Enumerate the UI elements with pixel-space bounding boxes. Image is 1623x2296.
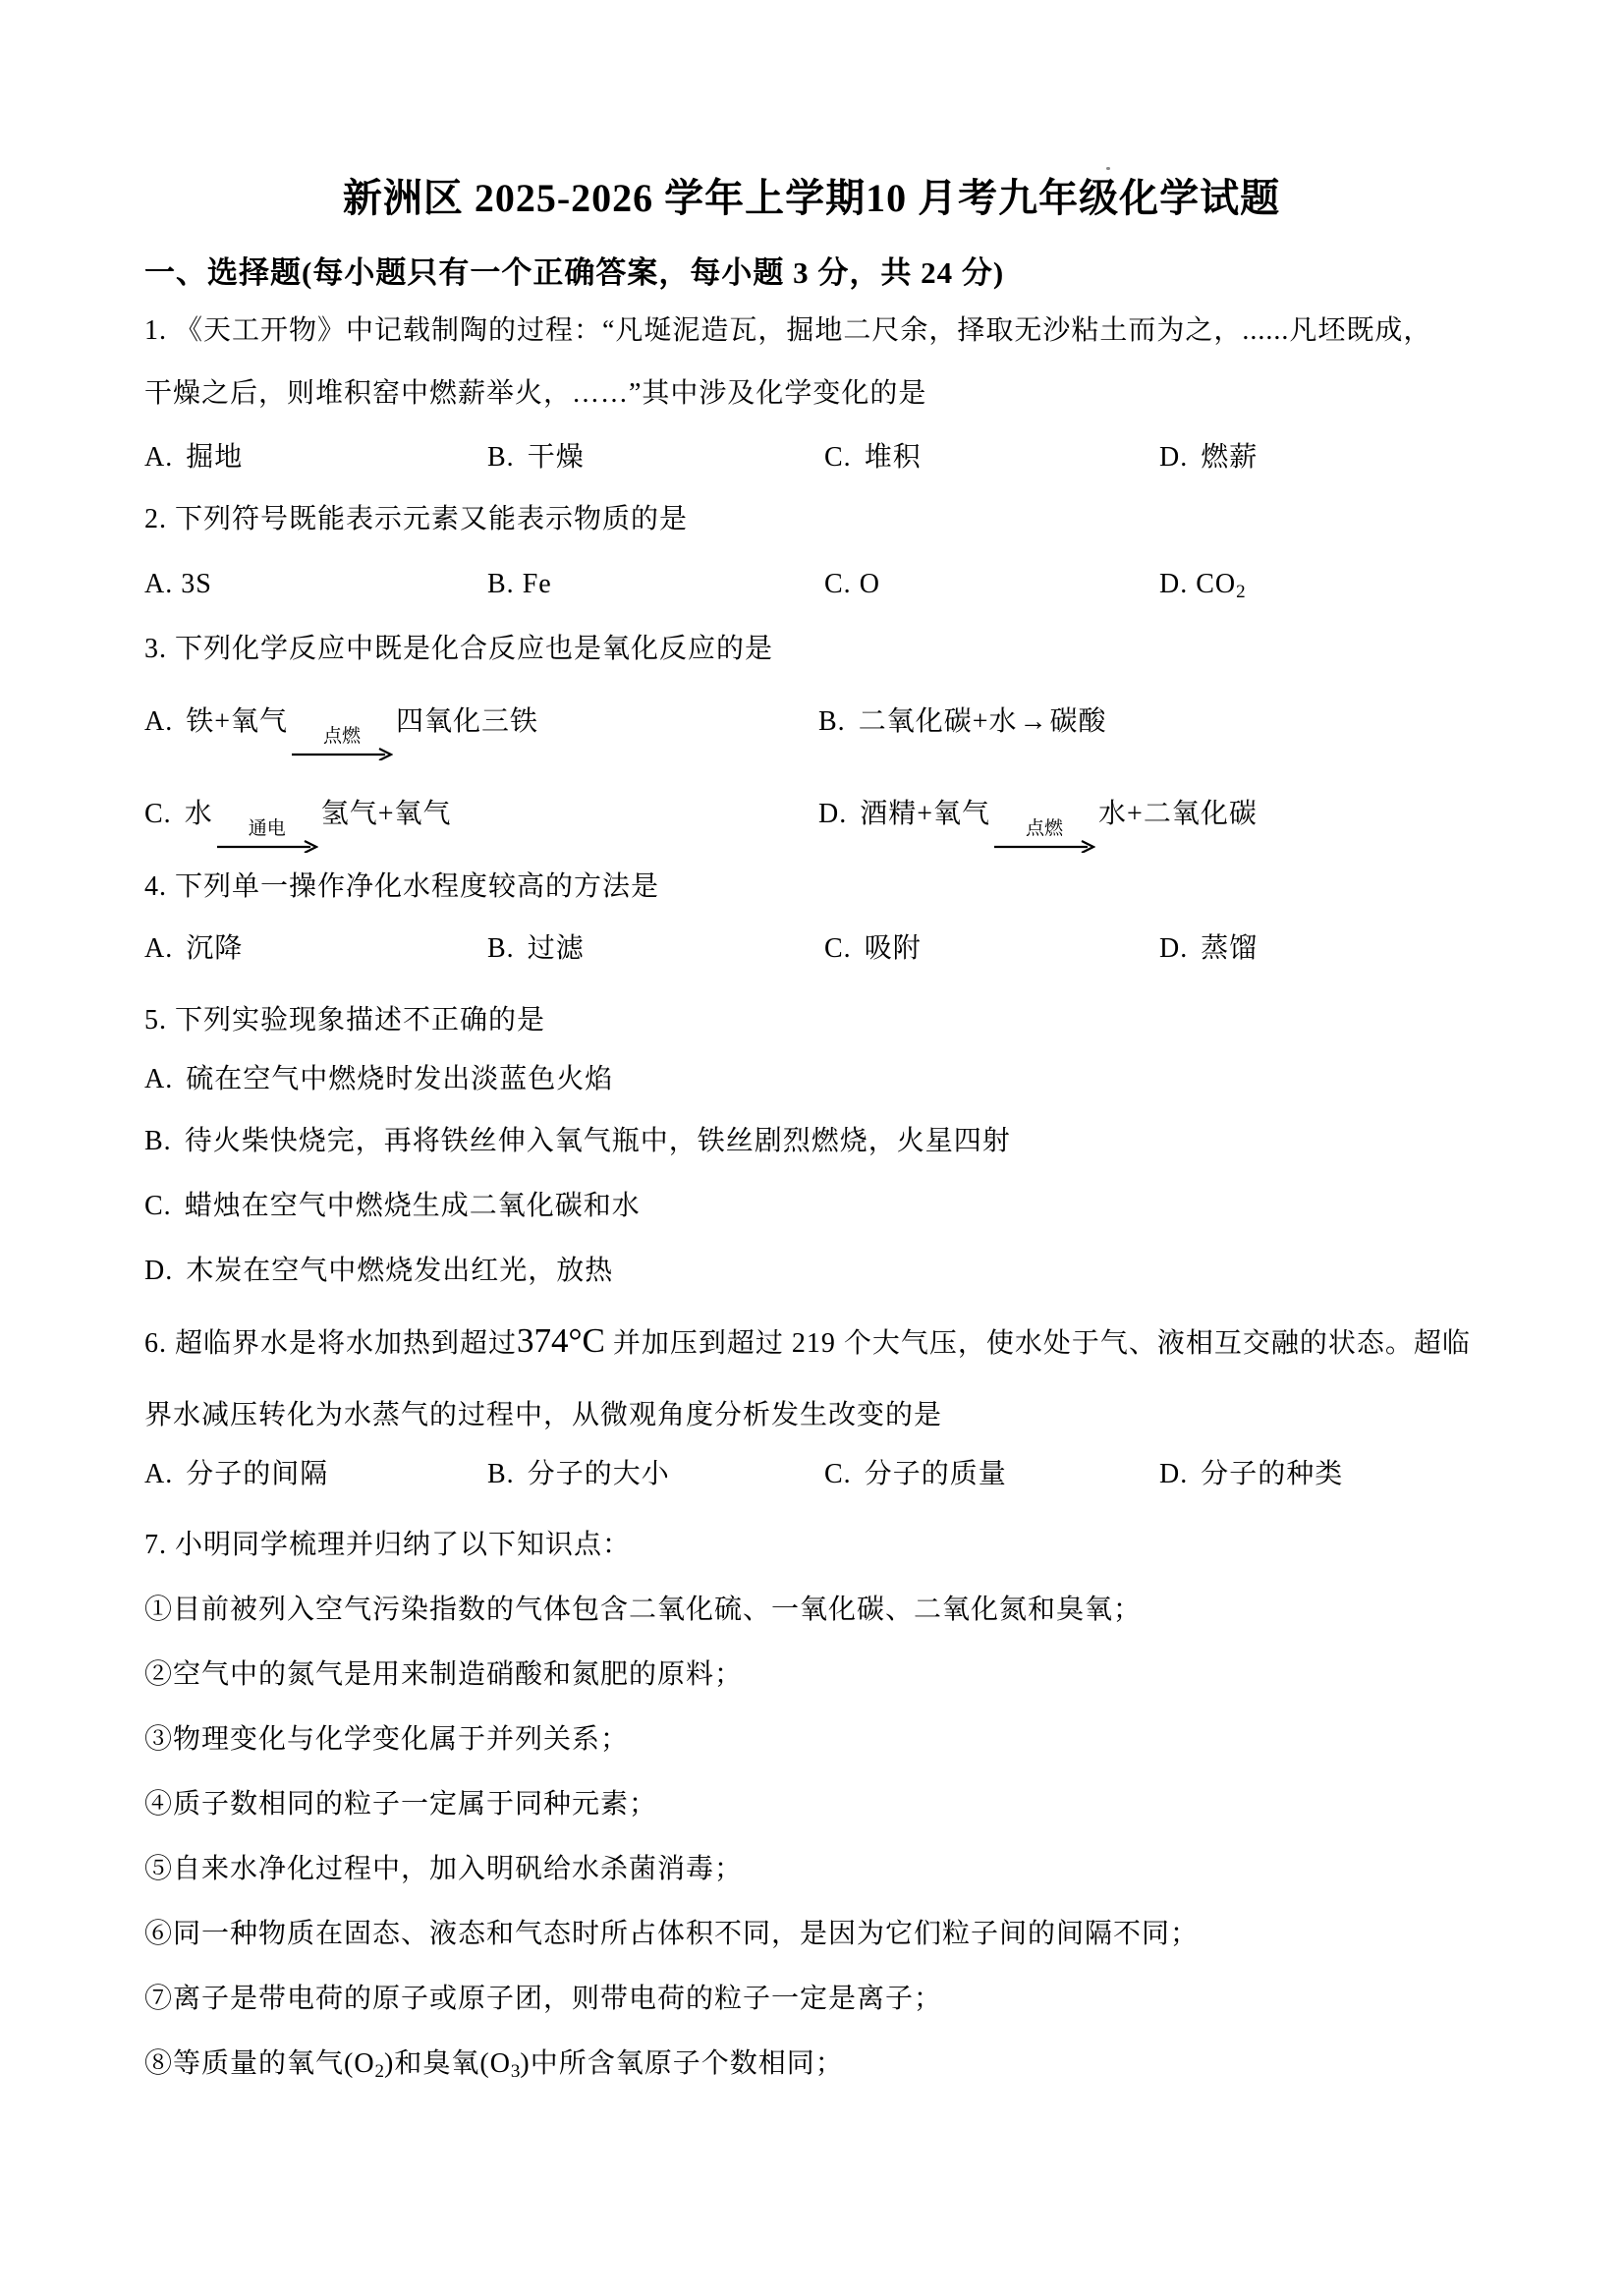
q3-stem: 3. 下列化学反应中既是化合反应也是氧化反应的是 [144, 633, 773, 666]
q1-stem-line-2: 干燥之后，则堆积窑中燃薪举火，……”其中涉及化学变化的是 [144, 377, 926, 411]
q7-item-5: ⑤自来水净化过程中，加入明矾给水杀菌消毒； [144, 1853, 743, 1886]
option-text: 蜡烛在空气中燃烧生成二氧化碳和水 [185, 1191, 641, 1221]
q7-item-3: ③物理变化与化学变化属于并列关系； [144, 1723, 629, 1757]
q2-option-b: B.Fe [487, 568, 552, 601]
reaction-arrow-ignition: 点燃 [993, 819, 1095, 853]
products-text: 碳酸 [1049, 706, 1106, 737]
q4-option-a: A.沉降 [144, 932, 243, 966]
q2-stem: 2. 下列符号既能表示元素又能表示物质的是 [144, 503, 688, 536]
option-text: 分子的种类 [1201, 1459, 1343, 1489]
reactants-text: 水 [185, 799, 213, 829]
option-label: C. [824, 569, 852, 599]
q6-stem-line-2: 界水减压转化为水蒸气的过程中，从微观角度分析发生改变的是 [144, 1399, 942, 1432]
option-text: 堆积 [865, 442, 922, 473]
q7-item-6: ⑥同一种物质在固态、液态和气态时所占体积不同，是因为它们粒子间的间隔不同； [144, 1918, 1199, 1951]
option-label: B. [487, 933, 515, 964]
q5-option-b: B.待火柴快烧完，再将铁丝伸入氧气瓶中，铁丝剧烈燃烧，火星四射 [144, 1125, 1011, 1158]
q5-option-c: C.蜡烛在空气中燃烧生成二氧化碳和水 [144, 1190, 641, 1223]
q1-stem-line-1: 1. 《天工开物》中记载制陶的过程：“凡埏泥造瓦，掘地二尺余，择取无沙粘土而为之… [144, 314, 1431, 348]
option-label: A. [144, 1064, 173, 1094]
reaction-condition: 通电 [249, 819, 286, 839]
option-label: C. [144, 799, 172, 829]
option-text: 吸附 [865, 933, 922, 964]
option-text: 过滤 [528, 933, 585, 964]
q7-item-4: ④质子数相同的粒子一定属于同种元素； [144, 1788, 657, 1821]
q1-option-b: B.干燥 [487, 441, 585, 475]
option-label: A. [144, 1459, 173, 1489]
q2-option-d: D.CO2 [1159, 568, 1246, 609]
option-text: Fe [523, 569, 552, 599]
q3-option-d: D.酒精+氧气点燃水+二氧化碳 [818, 798, 1258, 853]
reactants-text: 酒精+氧气 [860, 799, 990, 829]
q6-option-d: D.分子的种类 [1159, 1458, 1343, 1491]
option-label: A. [144, 442, 173, 473]
reactants-text: 铁+氧气 [186, 706, 288, 737]
q7-item-1: ①目前被列入空气污染指数的气体包含二氧化硫、一氧化碳、二氧化氮和臭氧； [144, 1594, 1142, 1627]
option-label: B. [487, 442, 515, 473]
option-label: C. [824, 442, 852, 473]
q1-option-a: A.掘地 [144, 441, 243, 475]
q3-option-b: B.二氧化碳+水→碳酸 [818, 705, 1107, 739]
reaction-condition: 点燃 [323, 727, 361, 747]
q6-stem-line-1: 6. 超临界水是将水加热到超过374°C 并加压到超过 219 个大气压，使水处… [144, 1324, 1471, 1361]
right-arrow-icon [291, 747, 393, 760]
option-text: 燃薪 [1201, 442, 1258, 473]
option-label: A. [144, 706, 173, 737]
option-label: D. [818, 799, 847, 829]
q5-option-a: A.硫在空气中燃烧时发出淡蓝色火焰 [144, 1063, 613, 1096]
products-text: 四氧化三铁 [396, 706, 538, 737]
option-label: D. [1159, 933, 1188, 964]
q3-option-c: C.水通电氢气+氧气 [144, 798, 452, 853]
reaction-arrow-ignition: 点燃 [291, 727, 393, 760]
option-text: O [860, 569, 880, 599]
right-arrow-icon [993, 839, 1095, 853]
q6-option-a: A.分子的间隔 [144, 1458, 328, 1491]
option-label: D. [144, 1256, 173, 1286]
option-text: 3S [181, 569, 212, 599]
q4-option-b: B.过滤 [487, 932, 585, 966]
products-text: 水+二氧化碳 [1098, 799, 1258, 829]
q4-stem: 4. 下列单一操作净化水程度较高的方法是 [144, 870, 659, 904]
option-label: D. [1159, 569, 1188, 599]
q3-option-a: A.铁+氧气点燃四氧化三铁 [144, 705, 538, 760]
q7-stem: 7. 小明同学梳理并归纳了以下知识点： [144, 1529, 631, 1562]
section-heading: 一、选择题(每小题只有一个正确答案，每小题 3 分，共 24 分) [144, 254, 1004, 292]
option-label: D. [1159, 1459, 1188, 1489]
q1-option-c: C.堆积 [824, 441, 922, 475]
q7-item-2: ②空气中的氮气是用来制造硝酸和氮肥的原料； [144, 1658, 743, 1692]
reaction-condition: 点燃 [1026, 819, 1063, 839]
q1-option-d: D.燃薪 [1159, 441, 1258, 475]
option-text: 木炭在空气中燃烧发出红光，放热 [186, 1256, 613, 1286]
exam-paper-page: 新洲区 2025-2026 学年上学期10 月考九年级化学试题 一、选择题(每小… [0, 0, 1623, 2296]
q2-option-a: A.3S [144, 568, 212, 601]
right-arrow-icon [216, 839, 318, 853]
scan-speck-artifact [1106, 167, 1110, 170]
option-label: C. [824, 933, 852, 964]
option-text: 蒸馏 [1201, 933, 1258, 964]
q2-option-c: C.O [824, 568, 880, 601]
products-text: 氢气+氧气 [321, 799, 452, 829]
reactants-text: 二氧化碳+水 [859, 706, 1018, 737]
option-text: 分子的间隔 [186, 1459, 328, 1489]
option-label: B. [818, 706, 846, 737]
option-text: 掘地 [186, 442, 243, 473]
option-label: B. [487, 1459, 515, 1489]
option-text: 分子的质量 [865, 1459, 1007, 1489]
reaction-arrow-electrolysis: 通电 [216, 819, 318, 853]
q4-option-c: C.吸附 [824, 932, 922, 966]
option-text: 待火柴快烧完，再将铁丝伸入氧气瓶中，铁丝剧烈燃烧，火星四射 [185, 1126, 1011, 1156]
option-text-co2: CO2 [1196, 569, 1245, 599]
q7-item-8: ⑧等质量的氧气(O2)和臭氧(O3)中所含氧原子个数相同； [144, 2047, 844, 2089]
exam-title: 新洲区 2025-2026 学年上学期10 月考九年级化学试题 [0, 176, 1623, 221]
option-label: A. [144, 569, 173, 599]
option-label: B. [144, 1126, 172, 1156]
q6-option-b: B.分子的大小 [487, 1458, 670, 1491]
q4-option-d: D.蒸馏 [1159, 932, 1258, 966]
option-text: 沉降 [186, 933, 243, 964]
q5-option-d: D.木炭在空气中燃烧发出红光，放热 [144, 1255, 613, 1288]
right-arrow-glyph: → [1019, 706, 1047, 737]
option-text: 硫在空气中燃烧时发出淡蓝色火焰 [186, 1064, 613, 1094]
option-label: A. [144, 933, 173, 964]
option-text: 干燥 [528, 442, 585, 473]
option-label: C. [144, 1191, 172, 1221]
q5-stem: 5. 下列实验现象描述不正确的是 [144, 1004, 545, 1037]
option-label: C. [824, 1459, 852, 1489]
option-label: D. [1159, 442, 1188, 473]
q6-option-c: C.分子的质量 [824, 1458, 1007, 1491]
q7-item-7: ⑦离子是带电荷的原子或原子团，则带电荷的粒子一定是离子； [144, 1983, 942, 2016]
option-text: 分子的大小 [528, 1459, 670, 1489]
option-label: B. [487, 569, 515, 599]
